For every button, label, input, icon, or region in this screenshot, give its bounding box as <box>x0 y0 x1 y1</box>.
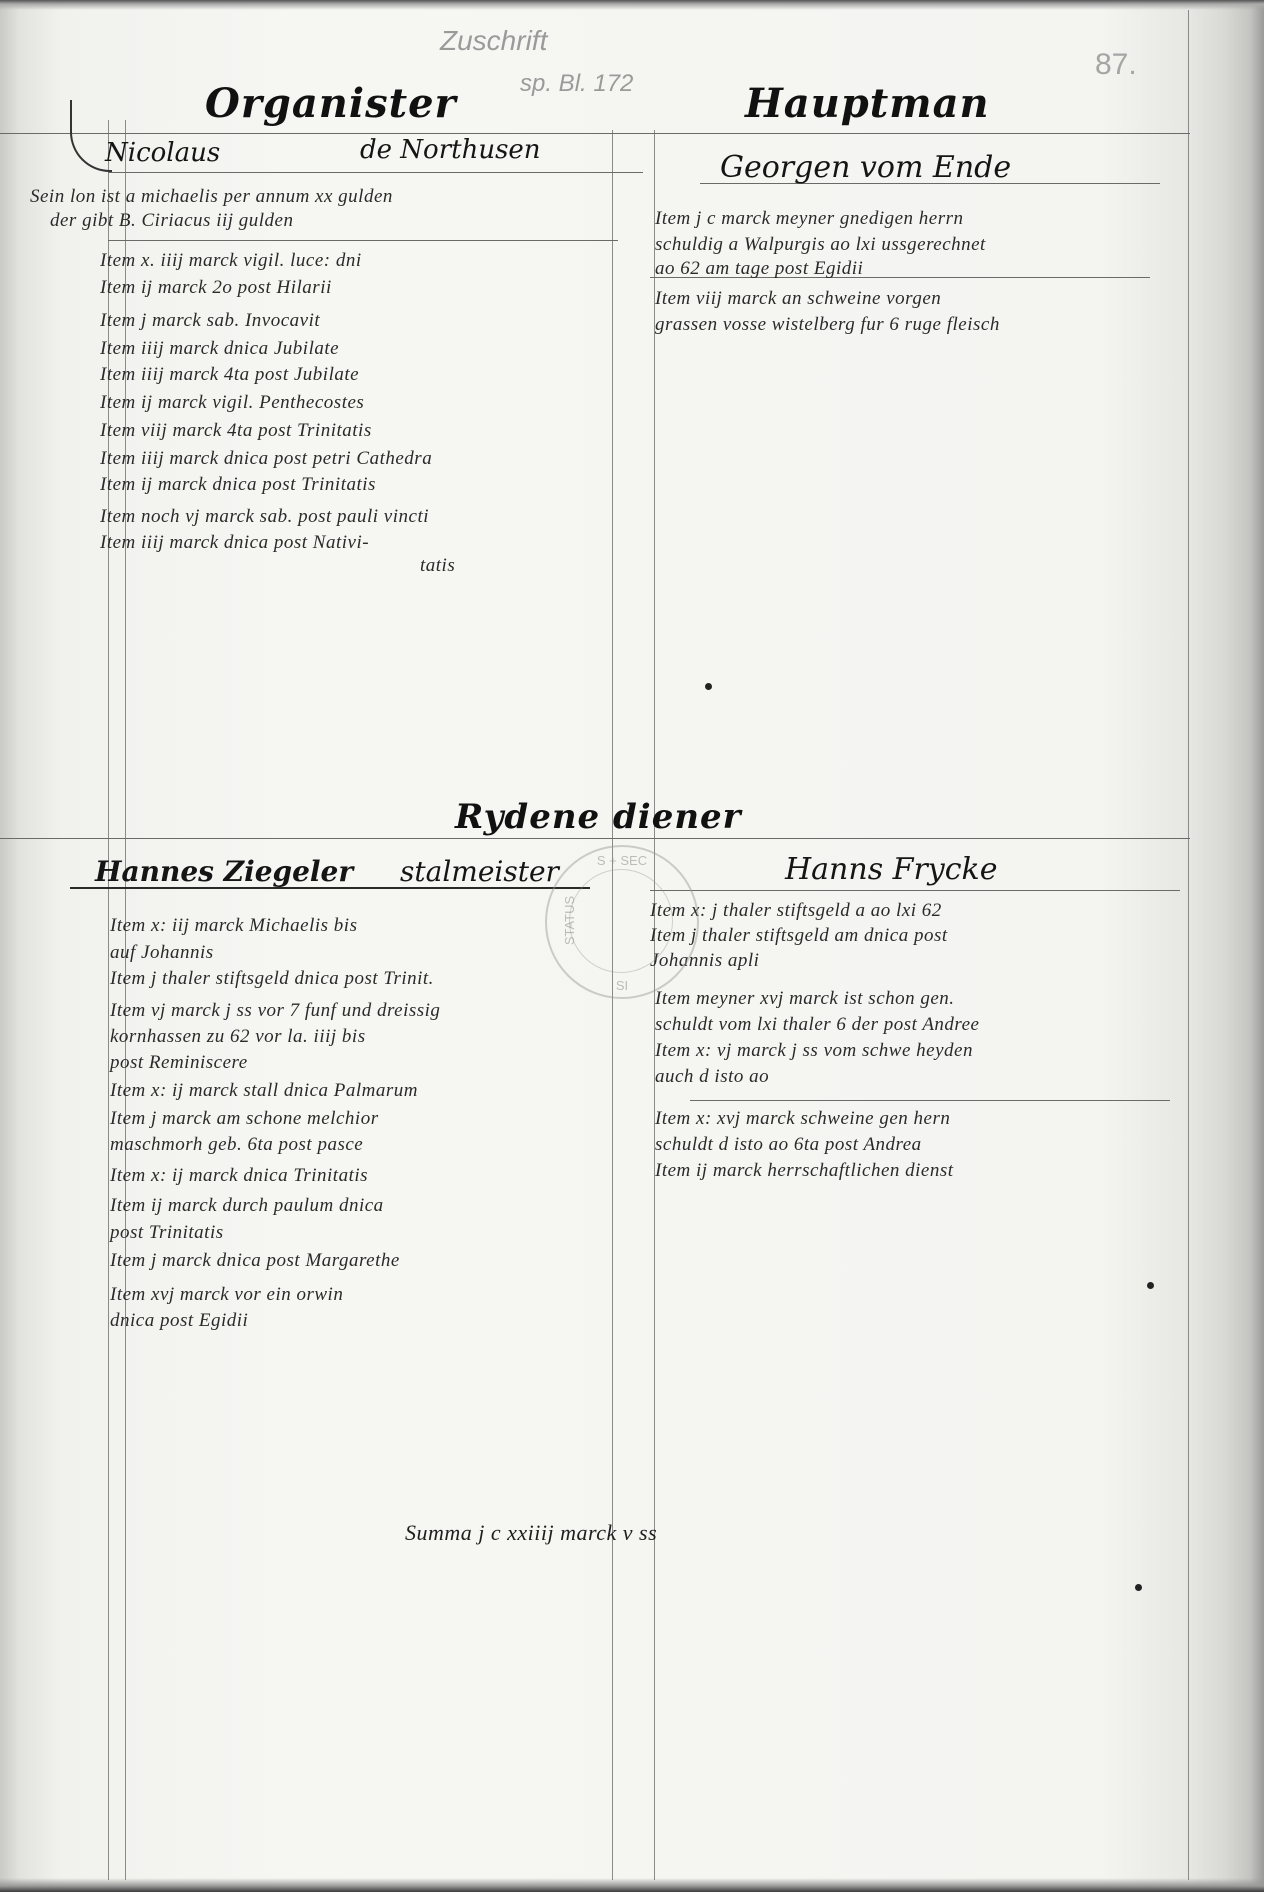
organist-surname: de Northusen <box>360 135 541 165</box>
stalmeister-entry: auf Johannis <box>110 942 214 964</box>
stalmeister-name: Hannes Ziegeler <box>95 855 353 888</box>
center-rule-left <box>612 130 613 1880</box>
heading-organister: Organister <box>205 80 457 127</box>
left-intro-rule <box>108 240 618 241</box>
hauptman-entry: grassen vosse wistelberg fur 6 ruge flei… <box>655 314 1000 336</box>
organist-entry: Item ij marck 2o post Hilarii <box>100 277 332 299</box>
organist-entry: Item ij marck vigil. Penthecostes <box>100 392 364 414</box>
stamp-left-text: STATUS <box>562 896 577 945</box>
hauptman-entry: ao 62 am tage post Egidii <box>655 258 863 280</box>
stalmeister-entry: Item x: iij marck Michaelis bis <box>110 915 357 937</box>
organist-entry: Item iiij marck dnica post Nativi- <box>100 532 369 554</box>
organist-entry: Item ij marck dnica post Trinitatis <box>100 474 376 496</box>
stalmeister-entry: Item xvj marck vor ein orwin <box>110 1284 343 1306</box>
bottom-right-entry-divider <box>690 1100 1170 1101</box>
top-heading-rule <box>0 133 1190 134</box>
stalmeister-entry: kornhassen zu 62 vor la. iiij bis <box>110 1026 366 1048</box>
organist-first-name: Nicolaus <box>105 138 220 168</box>
organist-entry: Item noch vj marck sab. post pauli vinct… <box>100 506 429 528</box>
stamp-top-text: S + SEC <box>547 853 697 868</box>
frycke-entry: Item ij marck herrschaftlichen dienst <box>655 1160 954 1182</box>
ink-spot <box>1147 1282 1154 1289</box>
stalmeister-entry: Item vj marck j ss vor 7 funf und dreiss… <box>110 1000 440 1022</box>
pencil-annotation-line2: sp. Bl. 172 <box>520 70 633 98</box>
summa-total-line: Summa j c xxiiij marck v ss <box>405 1520 657 1546</box>
organist-intro-line: der gibt B. Ciriacus iij gulden <box>50 210 294 232</box>
organist-entry: Item iiij marck dnica Jubilate <box>100 338 339 360</box>
mid-section-rule <box>0 838 1190 839</box>
frycke-entry: auch d isto ao <box>655 1066 769 1088</box>
stalmeister-entry: post Trinitatis <box>110 1222 224 1244</box>
rider-name-frycke: Hanns Frycke <box>785 852 997 887</box>
page-bottom-edge <box>0 1878 1264 1892</box>
manuscript-page: Zuschrift sp. Bl. 172 87. Organister Nic… <box>0 0 1264 1892</box>
stamp-bottom-text: SI <box>547 978 697 993</box>
stalmeister-entry: dnica post Egidii <box>110 1310 248 1332</box>
heading-hauptman: Hauptman <box>745 80 990 127</box>
page-top-shadow <box>0 0 1264 10</box>
ink-spot <box>705 683 712 690</box>
organist-entry: Item viij marck 4ta post Trinitatis <box>100 420 372 442</box>
stalmeister-entry: maschmorh geb. 6ta post pasce <box>110 1134 363 1156</box>
hauptman-entry: schuldig a Walpurgis ao lxi ussgerechnet <box>655 234 986 256</box>
organist-entry: Item x. iiij marck vigil. luce: dni <box>100 250 362 272</box>
organist-intro-line: Sein lon ist a michaelis per annum xx gu… <box>30 186 393 208</box>
ink-spot <box>1135 1584 1142 1591</box>
stalmeister-entry: Item j marck dnica post Margarethe <box>110 1250 400 1272</box>
bottom-right-name-rule <box>650 890 1180 891</box>
stalmeister-entry: Item ij marck durch paulum dnica <box>110 1195 384 1217</box>
frycke-entry: Item meyner xvj marck ist schon gen. <box>655 988 955 1010</box>
stalmeister-entry: Item x: ij marck dnica Trinitatis <box>110 1165 368 1187</box>
stalmeister-entry: Item j thaler stiftsgeld dnica post Trin… <box>110 968 434 990</box>
frycke-entry: schuldt d isto ao 6ta post Andrea <box>655 1134 922 1156</box>
stalmeister-entry: post Reminiscere <box>110 1052 248 1074</box>
hauptman-name: Georgen vom Ende <box>720 150 1011 185</box>
organist-entry: Item j marck sab. Invocavit <box>100 310 320 332</box>
organist-entry: tatis <box>420 555 455 577</box>
frycke-entry: schuldt vom lxi thaler 6 der post Andree <box>655 1014 979 1036</box>
frycke-entry: Item x: vj marck j ss vom schwe heyden <box>655 1040 973 1062</box>
stalmeister-entry: Item j marck am schone melchior <box>110 1108 379 1130</box>
hauptman-entry: Item viij marck an schweine vorgen <box>655 288 941 310</box>
hauptman-entry: Item j c marck meyner gnedigen herrn <box>655 208 964 230</box>
organist-entry: Item iiij marck dnica post petri Cathedr… <box>100 448 432 470</box>
left-name-rule <box>108 172 643 173</box>
archive-stamp: S + SEC STATUS SI <box>545 845 699 999</box>
organist-entry: Item iiij marck 4ta post Jubilate <box>100 364 359 386</box>
stamp-inner-ring <box>569 869 673 973</box>
folio-number: 87. <box>1095 48 1137 82</box>
frycke-entry: Item x: xvj marck schweine gen hern <box>655 1108 950 1130</box>
stalmeister-entry: Item x: ij marck stall dnica Palmarum <box>110 1080 418 1102</box>
right-margin-rule <box>1188 10 1189 1880</box>
heading-rydene-diener: Rydene diener <box>455 797 742 837</box>
stalmeister-role: stalmeister <box>400 855 559 888</box>
pencil-annotation-line1: Zuschrift <box>440 25 547 57</box>
